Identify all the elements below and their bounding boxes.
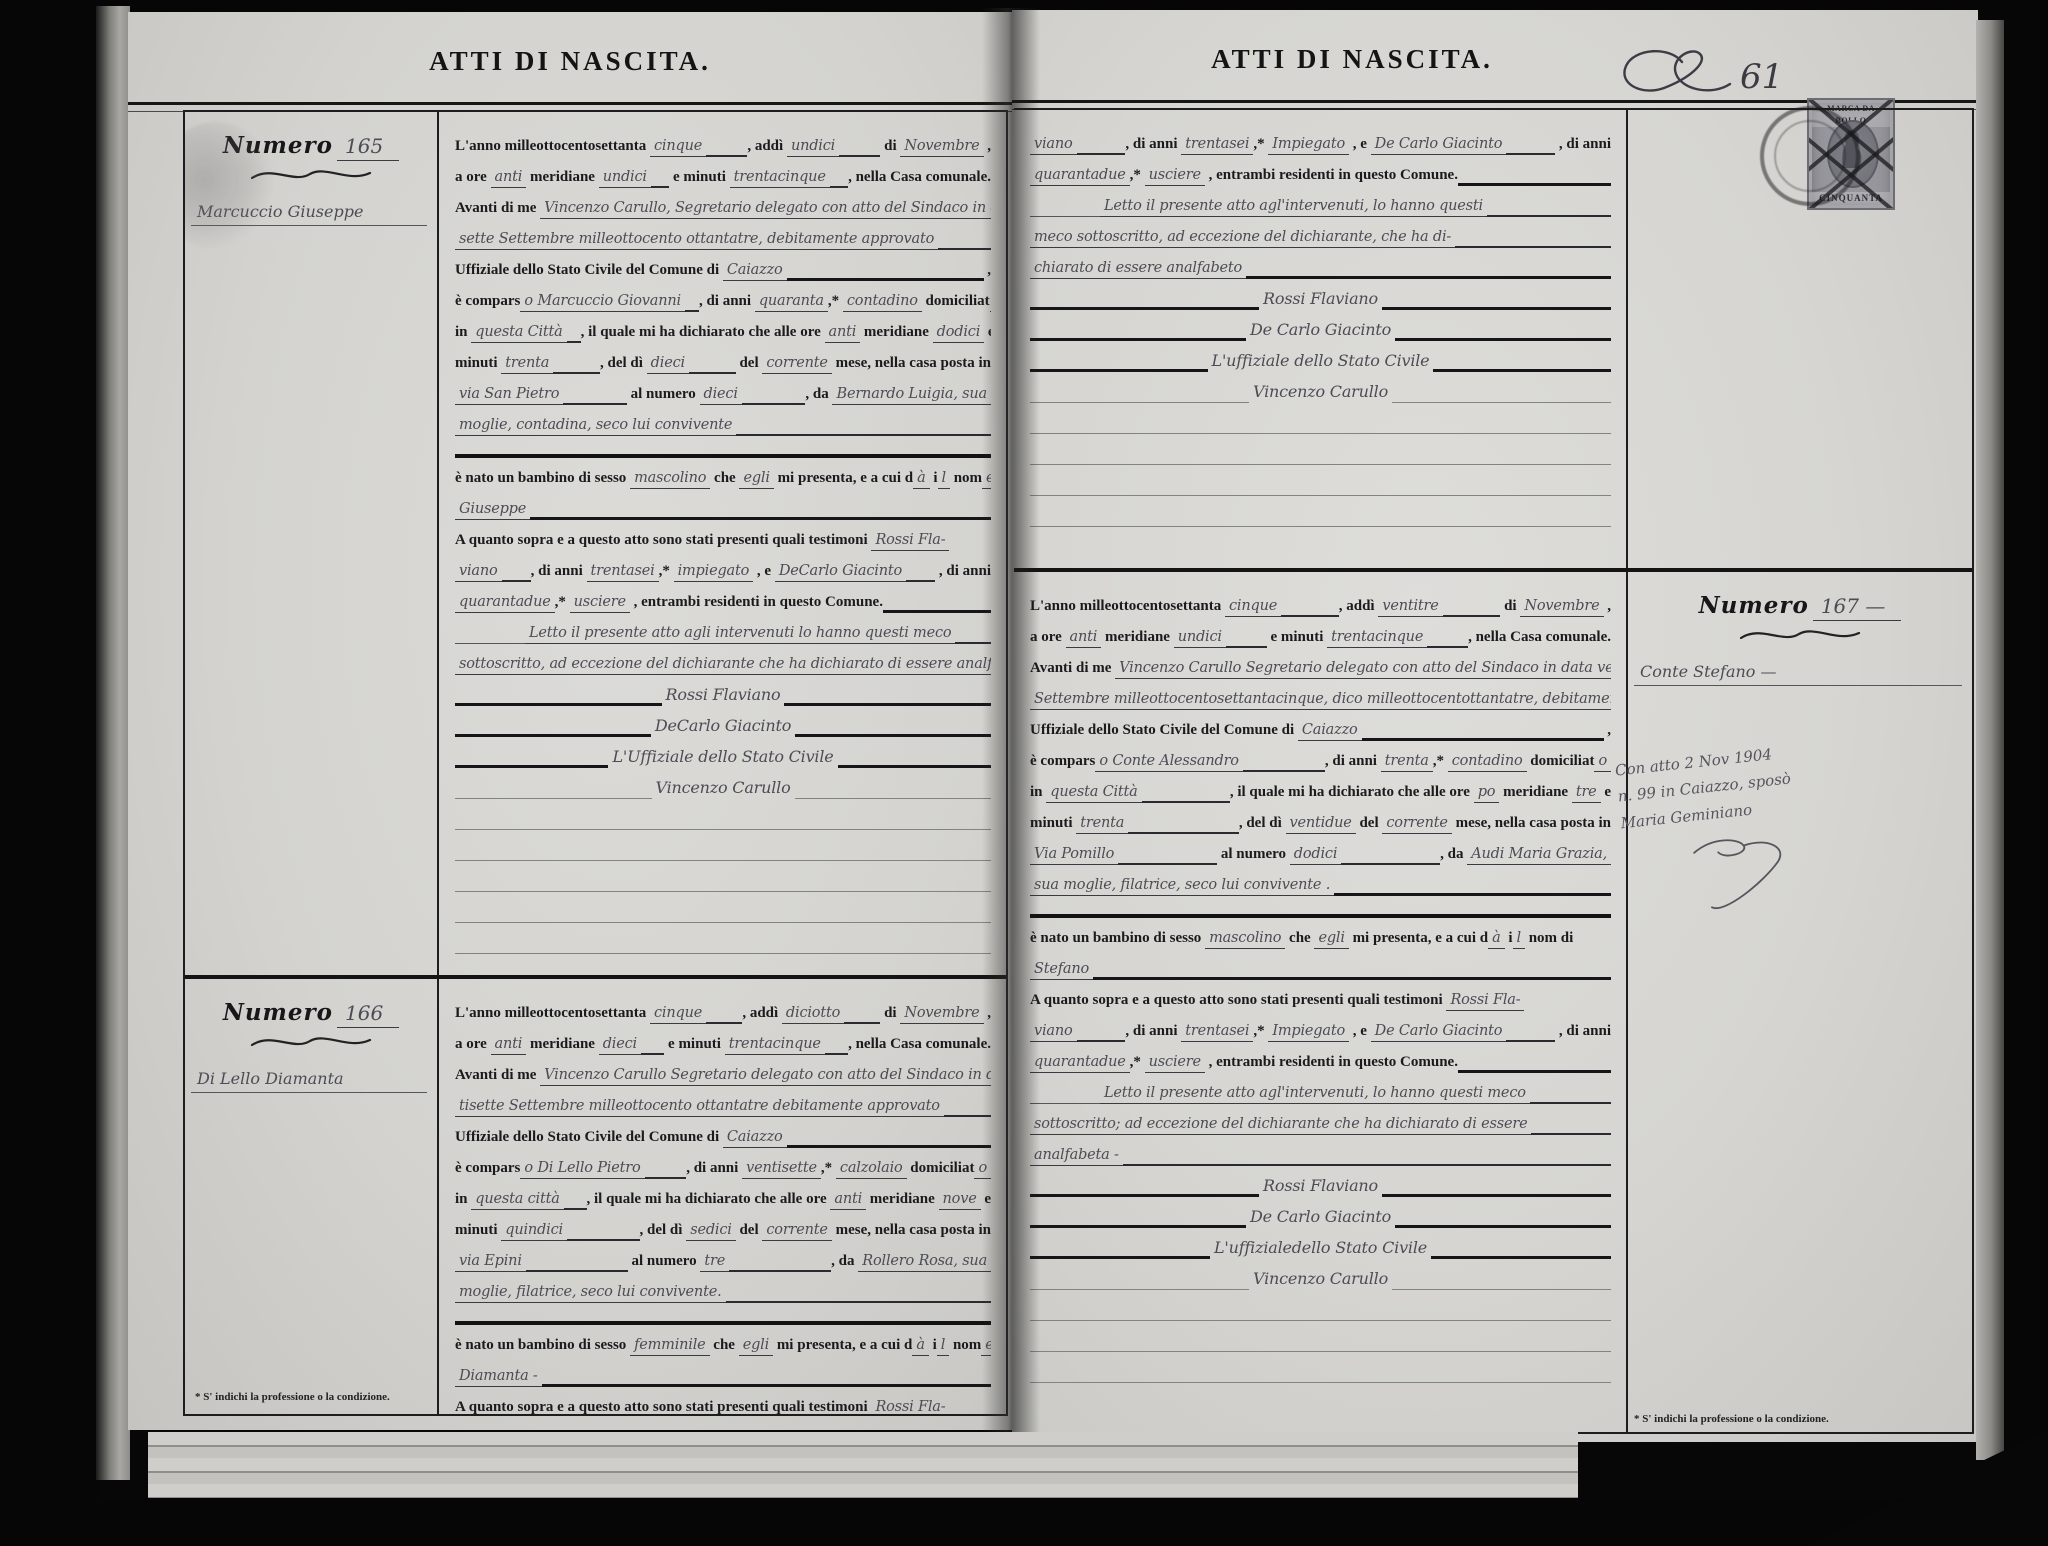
page-title: ATTI DI NASCITA. <box>128 48 1012 75</box>
printed-text: mese, nella casa posta in <box>1452 816 1611 834</box>
act-line: a ore anti meridiane undici e minuti tre… <box>455 157 991 188</box>
act-line: L'Uffiziale dello Stato Civile <box>455 737 991 768</box>
rule-filler <box>689 362 736 374</box>
handwritten-text: dieci <box>599 1037 641 1056</box>
handwritten-text: L'Uffiziale dello Stato Civile <box>608 749 837 768</box>
act-line: Vincenzo Carullo <box>455 768 991 799</box>
printed-text: ,* <box>555 595 570 613</box>
printed-text: , di anni <box>1125 137 1181 155</box>
handwritten-text: l <box>937 1338 949 1357</box>
printed-text: di <box>880 139 900 157</box>
rule-filler <box>830 176 848 188</box>
handwritten-text: trentacinque <box>725 1037 825 1056</box>
rule-filler <box>839 145 880 157</box>
rule-filler <box>553 362 600 374</box>
handwritten-text: analfabeta - <box>1030 1148 1123 1167</box>
handwritten-text: Novembre <box>1520 599 1603 618</box>
printed-text: Uffiziale dello Stato Civile del Comune … <box>455 263 723 281</box>
printed-text: di <box>880 1006 900 1024</box>
numero-label: Numero <box>223 999 333 1026</box>
printed-text: del <box>736 356 763 374</box>
registered-name: Conte Stefano — <box>1634 662 1962 686</box>
act-line <box>1030 434 1611 465</box>
rule-filler-heavy <box>1030 359 1208 372</box>
printed-text: meridiane <box>860 325 933 343</box>
handwritten-text: contadino <box>843 294 922 313</box>
handwritten-text: trentasei <box>1181 137 1253 156</box>
printed-text: in <box>455 1192 471 1210</box>
rule-filler <box>567 331 581 343</box>
printed-text: in <box>455 325 471 343</box>
handwritten-text: o Conte Alessandro <box>1095 754 1242 773</box>
act-line: Letto il presente atto agl'intervenuti, … <box>1030 1073 1611 1104</box>
page-number: 61 <box>1740 60 1783 94</box>
printed-text: domiciliat <box>907 1161 975 1179</box>
rule-indent <box>455 633 525 644</box>
rule-filler-heavy <box>1458 173 1611 186</box>
rule-filler-heavy <box>1458 1060 1611 1073</box>
printed-text: ,* <box>828 294 843 312</box>
act-line: a ore anti meridiane undici e minuti tre… <box>1030 617 1611 648</box>
act-165-text: L'anno milleottocentosettanta cinque, ad… <box>437 112 1006 975</box>
printed-text: e minuti <box>1267 630 1327 648</box>
handwritten-text: Novembre <box>900 139 983 158</box>
act-line: quarantadue,* usciere , entrambi residen… <box>455 582 991 613</box>
handwritten-text: quindici <box>501 1223 567 1242</box>
handwritten-text: Settembre milleottocentosettantacinque, … <box>1030 692 1611 711</box>
rule-filler-heavy <box>1395 328 1611 341</box>
right-page: ATTI DI NASCITA. 61 MARCA DA BOLLO CINQU… <box>1012 10 1978 1442</box>
act-line: è nato un bambino di sesso mascolino che… <box>1030 918 1611 949</box>
act-line: viano, di anni trentasei,* Impiegato , e… <box>1030 1011 1611 1042</box>
handwritten-text: Vincenzo Carullo, Segretario delegato co… <box>540 201 991 220</box>
rule-indent <box>1030 206 1100 217</box>
printed-text: , e <box>1349 1024 1371 1042</box>
rule-filler <box>1531 1123 1611 1135</box>
rule-filler <box>1392 392 1611 403</box>
act-166-text: L'anno milleottocentosettanta cinque, ad… <box>437 979 1006 1414</box>
book-bottom-page-edges <box>148 1432 1578 1504</box>
handwritten-text: cinque <box>650 1006 706 1025</box>
printed-text: che <box>710 471 739 489</box>
handwritten-text: usciere <box>570 595 630 614</box>
act-line: è comparso Di Lello Pietro, di anni vent… <box>455 1148 991 1179</box>
handwritten-text: Rossi Flaviano <box>662 687 785 706</box>
act-line: Rossi Flaviano <box>1030 1166 1611 1197</box>
handwritten-text: via Epini <box>455 1254 526 1273</box>
act-line: Diamanta - <box>455 1356 991 1387</box>
printed-text: del <box>1356 816 1383 834</box>
act-165-margin: Numero 165 Marcuccio Giuseppe <box>185 112 437 975</box>
rule-filler-heavy <box>1030 1246 1210 1259</box>
handwritten-text: undici <box>599 170 651 189</box>
printed-text: domiciliat <box>1527 754 1595 772</box>
printed-text: è nato un bambino di sesso <box>1030 931 1205 949</box>
handwritten-text: usciere <box>1145 1055 1205 1074</box>
handwritten-text: De Carlo Giacinto <box>1371 1024 1507 1043</box>
act-line: L'uffizialedello Stato Civile <box>1030 1228 1611 1259</box>
printed-text: al numero <box>1217 847 1290 865</box>
act-line: via Epini al numero tre, da Rollero Rosa… <box>455 1241 991 1272</box>
printed-text: minuti <box>455 1223 501 1241</box>
handwritten-text: dodici <box>933 325 985 344</box>
handwritten-text: Via Pomillo <box>1030 847 1118 866</box>
printed-text: mese, nella casa posta in <box>832 356 991 374</box>
act-line: in questa Città, il quale mi ha dichiara… <box>1030 772 1611 803</box>
postmark-icon <box>1760 106 1860 206</box>
act-line: Uffiziale dello Stato Civile del Comune … <box>1030 710 1611 741</box>
printed-text: , e <box>1349 137 1371 155</box>
act-number-value: 165 <box>337 134 399 161</box>
act-line <box>455 1303 991 1325</box>
act-line: è nato un bambino di sesso mascolino che… <box>455 458 991 489</box>
rule-filler <box>1281 605 1339 617</box>
act-line: A quanto sopra e a questo atto sono stat… <box>455 1387 991 1414</box>
act-line: in questa città, il quale mi ha dichiara… <box>455 1179 991 1210</box>
rule-filler <box>1030 1341 1611 1352</box>
act-line: sottoscritto; ad eccezione del dichiaran… <box>1030 1104 1611 1135</box>
printed-text: e minuti <box>669 170 729 188</box>
handwritten-text: undici <box>787 139 839 158</box>
handwritten-text: Vincenzo Carullo <box>652 780 795 799</box>
act-line <box>455 923 991 954</box>
handwritten-text: Vincenzo Carullo <box>1249 384 1392 403</box>
printed-text: ,* <box>1130 168 1145 186</box>
act-line: Avanti di me Vincenzo Carullo, Segretari… <box>455 188 991 219</box>
printed-text: ,* <box>1253 1024 1268 1042</box>
handwritten-text: sua moglie, filatrice, seco lui conviven… <box>1030 878 1334 897</box>
handwritten-text: Caiazzo <box>723 263 787 282</box>
act-166-row: Numero 166 Di Lello Diamanta * S' indich… <box>185 975 1006 1414</box>
printed-text: e <box>1601 785 1611 803</box>
page-number-block: 61 <box>1612 36 1832 116</box>
printed-text: , entrambi residenti in questo Comune. <box>1205 168 1458 186</box>
printed-text: A quanto sopra e a questo atto sono stat… <box>1030 993 1446 1011</box>
act-line: Vincenzo Carullo <box>1030 372 1611 403</box>
printed-text: è compars <box>455 1161 520 1179</box>
rule-filler <box>736 424 991 436</box>
printed-text: , di anni <box>1125 1024 1181 1042</box>
handwritten-text: dodici <box>1290 847 1342 866</box>
handwritten-text: anti <box>830 1192 866 1211</box>
rule-filler <box>563 393 627 405</box>
act-line <box>455 861 991 892</box>
printed-text: , entrambi residenti in questo Comune. <box>1205 1055 1458 1073</box>
act-line: a ore anti meridiane dieci e minuti tren… <box>455 1024 991 1055</box>
marginal-annotation: Con atto 2 Nov 1904 n. 99 in Caiazzo, sp… <box>1614 723 1960 931</box>
handwritten-text: o Marcuccio Giovanni <box>520 294 685 313</box>
printed-text: del <box>736 1223 763 1241</box>
rule-filler <box>1030 423 1611 434</box>
act-line: Rossi Flaviano <box>1030 279 1611 310</box>
rule-filler <box>1392 1279 1611 1290</box>
rule-filler <box>844 1012 880 1024</box>
act-line: Uffiziale dello Stato Civile del Comune … <box>455 1117 991 1148</box>
handwritten-text: DeCarlo Giacinto <box>651 718 795 737</box>
handwritten-text: egli <box>739 471 773 490</box>
printed-text: mi presenta, e a cui d <box>773 1338 912 1356</box>
handwritten-text: tre <box>700 1254 729 1273</box>
printed-text: , addì <box>747 139 787 157</box>
printed-text: , e <box>753 564 775 582</box>
rule-filler <box>1030 485 1611 496</box>
act-line: Letto il presente atto agl'intervenuti, … <box>1030 186 1611 217</box>
act-line <box>455 799 991 830</box>
rule-filler-heavy <box>795 724 991 737</box>
rule-filler <box>1530 1092 1611 1104</box>
handwritten-text: o <box>1594 754 1611 773</box>
rule-filler <box>1427 636 1468 648</box>
act-line: viano, di anni trentasei,* impiegato , e… <box>455 551 991 582</box>
handwritten-text: questa città <box>471 1192 563 1211</box>
act-number-value: 167 — <box>1813 594 1902 621</box>
printed-text: mi presenta, e a cui d <box>1349 931 1488 949</box>
rule-filler-heavy <box>787 1135 991 1148</box>
handwritten-text: anti <box>1066 630 1102 649</box>
rule-filler <box>1118 853 1217 865</box>
handwritten-text: moglie, contadina, seco lui convivente <box>455 418 736 437</box>
act-number-value: 166 <box>337 1001 399 1028</box>
handwritten-text: Rossi Fla- <box>1446 993 1524 1012</box>
act-line <box>1030 1290 1611 1321</box>
printed-text: i <box>929 1338 937 1356</box>
rule-filler <box>455 881 991 892</box>
handwritten-text: Letto il presente atto agl'intervenuti, … <box>1100 1086 1530 1105</box>
handwritten-text: Vincenzo Carullo <box>1249 1271 1392 1290</box>
handwritten-text: DeCarlo Giacinto <box>775 564 906 583</box>
act-167-margin: Numero 167 — Conte Stefano — Con atto 2 … <box>1628 572 1972 1432</box>
handwritten-text: De Carlo Giacinto <box>1246 322 1395 341</box>
printed-text: domiciliat <box>922 294 990 312</box>
printed-text: a ore <box>455 1037 491 1055</box>
rule-filler-heavy <box>883 600 991 613</box>
rule-filler-heavy <box>1093 967 1611 980</box>
rule-filler <box>1487 205 1611 217</box>
act-line: minuti trenta, del dì dieci del corrente… <box>455 343 991 374</box>
rule-filler-heavy <box>838 755 991 768</box>
rule-filler-heavy <box>530 507 991 520</box>
printed-text: , di anni <box>1555 1024 1611 1042</box>
act-line: moglie, filatrice, seco lui convivente. <box>455 1272 991 1303</box>
page-title: ATTI DI NASCITA. <box>1012 46 1692 73</box>
handwritten-text: quarantadue <box>455 595 555 614</box>
handwritten-text: corrente <box>762 1223 831 1242</box>
handwritten-text: Rossi Flaviano <box>1259 291 1382 310</box>
printed-text: , del dì <box>600 356 647 374</box>
handwritten-text: moglie, filatrice, seco lui convivente. <box>455 1285 726 1304</box>
act-line: Settembre milleottocentosettantacinque, … <box>1030 679 1611 710</box>
rule-filler <box>526 1260 628 1272</box>
printed-text: a ore <box>455 170 491 188</box>
rule-filler <box>1243 760 1325 772</box>
handwritten-text: quarantadue <box>1030 1055 1130 1074</box>
rule-filler <box>685 300 699 312</box>
rule-filler-heavy <box>1030 328 1246 341</box>
printed-text: è nato un bambino di sesso <box>455 1338 630 1356</box>
handwritten-text: o Di Lello Pietro <box>520 1161 644 1180</box>
handwritten-text: Giuseppe <box>455 502 530 521</box>
rule-filler-heavy <box>1431 1246 1611 1259</box>
book-left-page-edges <box>96 6 130 1480</box>
rule-filler <box>1077 143 1126 155</box>
act-line: Rossi Flaviano <box>455 675 991 706</box>
rule-filler <box>1030 1310 1611 1321</box>
footnote: * S' indichi la professione o la condizi… <box>195 1391 435 1404</box>
rule-filler <box>455 819 991 830</box>
act-166-margin: Numero 166 Di Lello Diamanta * S' indich… <box>185 979 437 1414</box>
handwritten-text: L'uffiziale dello Stato Civile <box>1208 353 1434 372</box>
printed-text: meridiane <box>866 1192 939 1210</box>
act-line: minuti trenta, del dì ventidue del corre… <box>1030 803 1611 834</box>
handwritten-text: Impiegato <box>1268 137 1349 156</box>
handwritten-text: mascolino <box>630 471 710 490</box>
rule-filler <box>1030 1279 1249 1290</box>
rule-filler <box>1226 636 1267 648</box>
handwritten-text: usciere <box>1145 168 1205 187</box>
printed-text: ,* <box>1433 754 1448 772</box>
rule-filler <box>906 570 935 582</box>
handwritten-text: Diamanta - <box>455 1369 542 1388</box>
handwritten-text: po <box>1474 785 1500 804</box>
rule-filler <box>1506 1030 1555 1042</box>
act-line: sottoscritto, ad eccezione del dichiaran… <box>455 644 991 675</box>
handwritten-text: mascolino <box>1205 931 1285 950</box>
rule-filler-heavy <box>784 693 991 706</box>
rule-filler <box>1506 143 1555 155</box>
printed-text: nom <box>1525 931 1557 949</box>
handwritten-text: diciotto <box>782 1006 844 1025</box>
scan-right-background <box>2004 0 2048 1546</box>
handwritten-text: Vincenzo Carullo Segretario delegato con… <box>1115 661 1611 680</box>
act-line: L'anno milleottocentosettanta cinque, ad… <box>455 993 991 1024</box>
flourish-icon <box>1735 628 1865 644</box>
printed-text: , di anni <box>1325 754 1381 772</box>
rule-filler <box>1030 454 1611 465</box>
act-165-row: Numero 165 Marcuccio Giuseppe L'anno mil… <box>185 112 1006 975</box>
printed-text: , il quale mi ha dichiarato che alle ore <box>1230 785 1474 803</box>
printed-text: L'anno milleottocentosettanta <box>1030 599 1225 617</box>
left-page: ATTI DI NASCITA. Numero 165 Marcuccio Gi… <box>128 12 1012 1430</box>
act-line: tisette Settembre milleottocento ottanta… <box>455 1086 991 1117</box>
printed-text: meridiane <box>1101 630 1174 648</box>
printed-text: , addì <box>742 1006 782 1024</box>
printed-text: , del dì <box>640 1223 687 1241</box>
rule-filler <box>1341 853 1440 865</box>
printed-text: , <box>1604 723 1612 741</box>
act-line: Stefano <box>1030 949 1611 980</box>
act-line: Via Pomillo al numero dodici, da Audi Ma… <box>1030 834 1611 865</box>
act-line: in questa Città, il quale mi ha dichiara… <box>455 312 991 343</box>
handwritten-text: ventisette <box>742 1161 821 1180</box>
rule-filler-heavy <box>1395 1215 1611 1228</box>
printed-text: , il quale mi ha dichiarato che alle ore <box>587 1192 831 1210</box>
handwritten-text: Rossi Fla- <box>871 1400 949 1415</box>
rule-filler <box>1030 516 1611 527</box>
handwritten-text: questa Città <box>471 325 566 344</box>
printed-text: che <box>1285 931 1314 949</box>
handwritten-text: cinque <box>1225 599 1281 618</box>
handwritten-text: egli <box>739 1338 773 1357</box>
registered-name: Di Lello Diamanta <box>191 1069 427 1093</box>
rule-filler-heavy <box>1382 1184 1611 1197</box>
rule-filler <box>1030 392 1249 403</box>
handwritten-text: quarantadue <box>1030 168 1130 187</box>
rule-filler-heavy <box>1030 1215 1246 1228</box>
act-line: DeCarlo Giacinto <box>455 706 991 737</box>
numero-label: Numero <box>1699 592 1809 619</box>
printed-text: mese, nella casa posta in <box>832 1223 991 1241</box>
rule-filler <box>455 850 991 861</box>
handwritten-text: trenta <box>501 356 553 375</box>
act-167-text: L'anno milleottocentosettanta cinque, ad… <box>1014 572 1628 1432</box>
handwritten-text: trentasei <box>1181 1024 1253 1043</box>
act-line: viano, di anni trentasei,* Impiegato , e… <box>1030 124 1611 155</box>
handwritten-text: contadino <box>1448 754 1527 773</box>
rule-filler <box>742 393 806 405</box>
book-right-page-edges <box>1976 20 2006 1460</box>
annotation-paraph-icon <box>1682 819 1851 925</box>
handwritten-text: Letto il presente atto agl'intervenuti, … <box>1100 199 1487 218</box>
handwritten-text: à <box>1488 931 1504 950</box>
printed-text: ,* <box>1130 1055 1145 1073</box>
rule-filler <box>502 570 531 582</box>
act-line: A quanto sopra e a questo atto sono stat… <box>1030 980 1611 1011</box>
handwritten-text: dieci <box>700 387 742 406</box>
act-line <box>1030 496 1611 527</box>
handwritten-text: Caiazzo <box>1298 723 1362 742</box>
handwritten-text: via San Pietro <box>455 387 563 406</box>
rule-filler <box>726 1291 992 1303</box>
printed-text: , nella Casa comunale. <box>848 170 991 188</box>
handwritten-text: anti <box>491 170 527 189</box>
rule-filler <box>1142 791 1230 803</box>
act-line: Avanti di me Vincenzo Carullo Segretario… <box>455 1055 991 1086</box>
printed-text: ,* <box>659 564 674 582</box>
act-166-continuation-text: viano, di anni trentasei,* Impiegato , e… <box>1014 110 1628 568</box>
handwritten-text: quaranta <box>755 294 828 313</box>
rule-filler <box>455 912 991 923</box>
handwritten-text: impiegato <box>674 564 754 583</box>
scan-left-background <box>0 0 98 1546</box>
handwritten-text: l <box>938 471 950 490</box>
act-line: meco sottoscritto, ad eccezione del dich… <box>1030 217 1611 248</box>
handwritten-text: l <box>1513 931 1525 950</box>
act-line: via San Pietro al numero dieci, da Berna… <box>455 374 991 405</box>
rule-filler-heavy <box>455 755 608 768</box>
printed-text: L'anno milleottocentosettanta <box>455 1006 650 1024</box>
rule-filler-heavy <box>1362 728 1604 741</box>
handwritten-text: anti <box>491 1037 527 1056</box>
printed-text: , entrambi residenti in questo Comune. <box>630 595 883 613</box>
printed-text: Avanti di me <box>1030 661 1115 679</box>
printed-text: nom <box>949 1338 981 1356</box>
rule-filler <box>641 1043 664 1055</box>
act-line: moglie, contadina, seco lui convivente <box>455 405 991 436</box>
printed-text: al numero <box>627 387 700 405</box>
book-gutter-shadow <box>982 8 1040 1448</box>
printed-text: Uffiziale dello Stato Civile del Comune … <box>455 1130 723 1148</box>
act-line: Uffiziale dello Stato Civile del Comune … <box>455 250 991 281</box>
handwritten-text: Vincenzo Carullo Segretario delegato con… <box>540 1068 991 1087</box>
page-flourish-icon <box>1612 44 1737 110</box>
printed-text: , di anni <box>699 294 755 312</box>
printed-text: A quanto sopra e a questo atto sono stat… <box>455 533 871 551</box>
handwritten-text: trentacinque <box>730 170 830 189</box>
printed-text: meridiane <box>526 1037 599 1055</box>
printed-text: Avanti di me <box>455 1068 540 1086</box>
act-line: A quanto sopra e a questo atto sono stat… <box>455 520 991 551</box>
rule-filler <box>564 1198 587 1210</box>
